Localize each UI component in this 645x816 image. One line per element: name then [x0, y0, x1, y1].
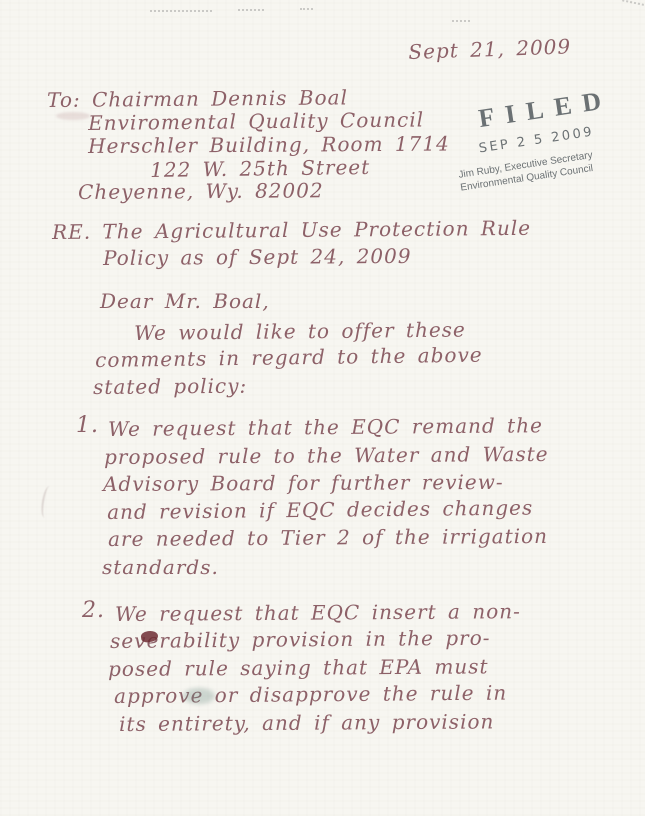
scan-artifact: [452, 20, 470, 22]
list-item-line: posed rule saying that EPA must: [108, 654, 489, 681]
list-item-line: are needed to Tier 2 of the irrigation: [108, 524, 548, 551]
list-item-line: its entirety, and if any provision: [119, 709, 494, 736]
list-item-line: We request that the EQC remand the: [108, 413, 543, 441]
scan-artifact: [150, 10, 212, 12]
scan-artifact: [622, 0, 645, 7]
list-item-line: and revision if EQC decides changes: [107, 496, 533, 524]
scanned-letter-page: Sept 21, 2009 To: Chairman Dennis Boal E…: [0, 0, 645, 816]
list-item-line: Advisory Board for further review-: [103, 470, 504, 496]
list-item-number: 2.: [82, 598, 105, 623]
list-item-line: standards.: [102, 555, 219, 579]
recipient-line: Herschler Building, Room 1714: [88, 131, 450, 158]
salutation: Dear Mr. Boal,: [100, 289, 270, 313]
scan-artifact: [238, 9, 264, 11]
subject-line: RE. The Agricultural Use Protection Rule: [52, 216, 531, 244]
intro-line: We would like to offer these: [134, 318, 466, 345]
recipient-line: Cheyenne, Wy. 82002: [78, 178, 324, 204]
intro-line: comments in regard to the above: [95, 343, 483, 372]
scan-crease: [40, 485, 55, 518]
scan-artifact: [300, 8, 313, 10]
subject-line: Policy as of Sept 24, 2009: [103, 244, 412, 270]
scan-smear: [56, 112, 90, 120]
recipient-line: Enviromental Quality Council: [88, 107, 424, 135]
letter-date: Sept 21, 2009: [408, 34, 572, 64]
list-item-number: 1.: [76, 413, 99, 438]
list-item-line: severability provision in the pro-: [110, 626, 491, 653]
list-item-line: We request that EQC insert a non-: [115, 599, 521, 626]
list-item-line: approve or disapprove the rule in: [114, 681, 507, 708]
intro-line: stated policy:: [93, 374, 247, 399]
list-item-line: proposed rule to the Water and Waste: [104, 442, 549, 469]
filed-stamp: FILED SEP 2 5 2009 Jim Ruby, Executive S…: [447, 80, 645, 195]
